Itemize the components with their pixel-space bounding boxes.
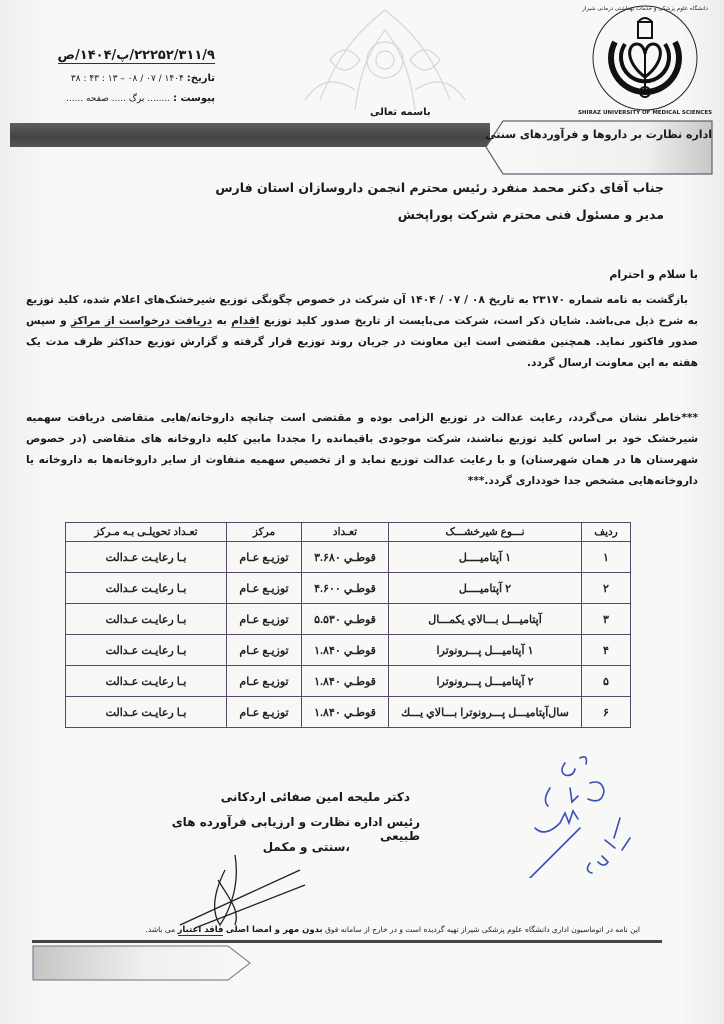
table-row: ۱۱ آپتامیــــلقوطـي ۳.۶۸۰توزیـع عـامبـا …: [66, 542, 631, 573]
distribution-table: ردیف نـــوع شیرخشـــک تعـداد مرکز تعـداد…: [65, 522, 631, 728]
date-label: تاریخ:: [187, 73, 215, 84]
header-band: [10, 123, 490, 147]
table-row: ۳آپتامیـــل بـــالاي يكمـــالقوطـي ۵.۵۳۰…: [66, 604, 631, 635]
paragraph-1: بازگشت به نامه شماره ۲۳۱۷۰ به تاریخ ۰۸ /…: [26, 290, 698, 374]
attachment-value: ........ برگ ..... صفحه ......: [66, 94, 170, 104]
col-header-row-number: ردیف: [582, 523, 631, 542]
col-header-delivered-quantity: تعـداد تحویلـی بـه مـرکز: [66, 523, 227, 542]
attachment-row: پیوست : ........ برگ ..... صفحه ......: [20, 93, 215, 104]
footer-validity-note: این نامه در اتوماسیون اداری دانشگاه علوم…: [85, 925, 640, 935]
table-row: ۴۱ آپتامیـــل پـــرونوتراقوطـي ۱.۸۴۰توزی…: [66, 635, 631, 666]
underlined-action: اقدام: [231, 315, 259, 328]
handwritten-annotation-icon: [510, 748, 650, 878]
underlined-request: دریافت درخواست از مراکز: [71, 315, 212, 328]
ornament-icon: [300, 0, 470, 120]
paragraph-2: ***خاطر نشان می‌گردد، رعایت عدالت در توز…: [26, 408, 698, 492]
table-row: ۵۲ آپتامیـــل پـــرونوتراقوطـي ۱.۸۴۰توزی…: [66, 666, 631, 697]
attachment-label: پیوست :: [173, 93, 215, 104]
handwritten-signature-icon: [170, 850, 330, 930]
greeting: با سلام و احترام: [609, 268, 698, 281]
signatory-name: دکتر ملیحه امین صفائی اردکانی: [170, 790, 410, 804]
addressee-line-1: جناب آقای دکتر محمد منفرد رئیس محترم انج…: [215, 180, 664, 195]
footer-divider: [32, 940, 662, 943]
signatory-title-1: رئیس اداره نظارت و ارزیابی فرآورده های ط…: [170, 815, 420, 843]
letter-page: SHIRAZ UNIVERSITY OF MEDICAL SCIENCES دا…: [0, 0, 724, 1024]
addressee-line-2: مدیر و مسئول فنی محترم شرکت پوراپخش: [398, 207, 664, 222]
svg-text:دانشگاه علوم پزشکی و خدمات بهد: دانشگاه علوم پزشکی و خدمات بهداشتی درمان…: [581, 5, 708, 12]
table-header-row: ردیف نـــوع شیرخشـــک تعـداد مرکز تعـداد…: [66, 523, 631, 542]
footer-tab-shape: [32, 945, 252, 981]
svg-text:SHIRAZ UNIVERSITY OF MEDICAL S: SHIRAZ UNIVERSITY OF MEDICAL SCIENCES: [578, 110, 712, 116]
col-header-quantity: تعـداد: [302, 523, 389, 542]
date-value: ۱۴۰۴ / ۰۷ / ۰۸ – ۱۳ : ۴۳ : ۳۸: [71, 74, 184, 84]
table-row: ۶سال‌آپتامیـــل پـــرونوترا بـــالاي يــ…: [66, 697, 631, 728]
date-row: تاریخ: ۱۴۰۴ / ۰۷ / ۰۸ – ۱۳ : ۴۳ : ۳۸: [20, 73, 215, 84]
col-header-center: مرکز: [227, 523, 302, 542]
reference-number: ۲۲۲۵۲/۳۱۱/۹/پ/۱۴۰۴/ص: [40, 48, 215, 63]
basmala: باسمه تعالی: [370, 107, 431, 118]
department-name: اداره نظارت بر داروها و فرآوردهای سنتی: [485, 128, 712, 141]
university-emblem-icon: SHIRAZ UNIVERSITY OF MEDICAL SCIENCES دا…: [575, 2, 715, 120]
col-header-formula-type: نـــوع شیرخشـــک: [389, 523, 582, 542]
table-row: ۲۲ آپتامیــــلقوطـي ۴.۶۰۰توزیـع عـامبـا …: [66, 573, 631, 604]
